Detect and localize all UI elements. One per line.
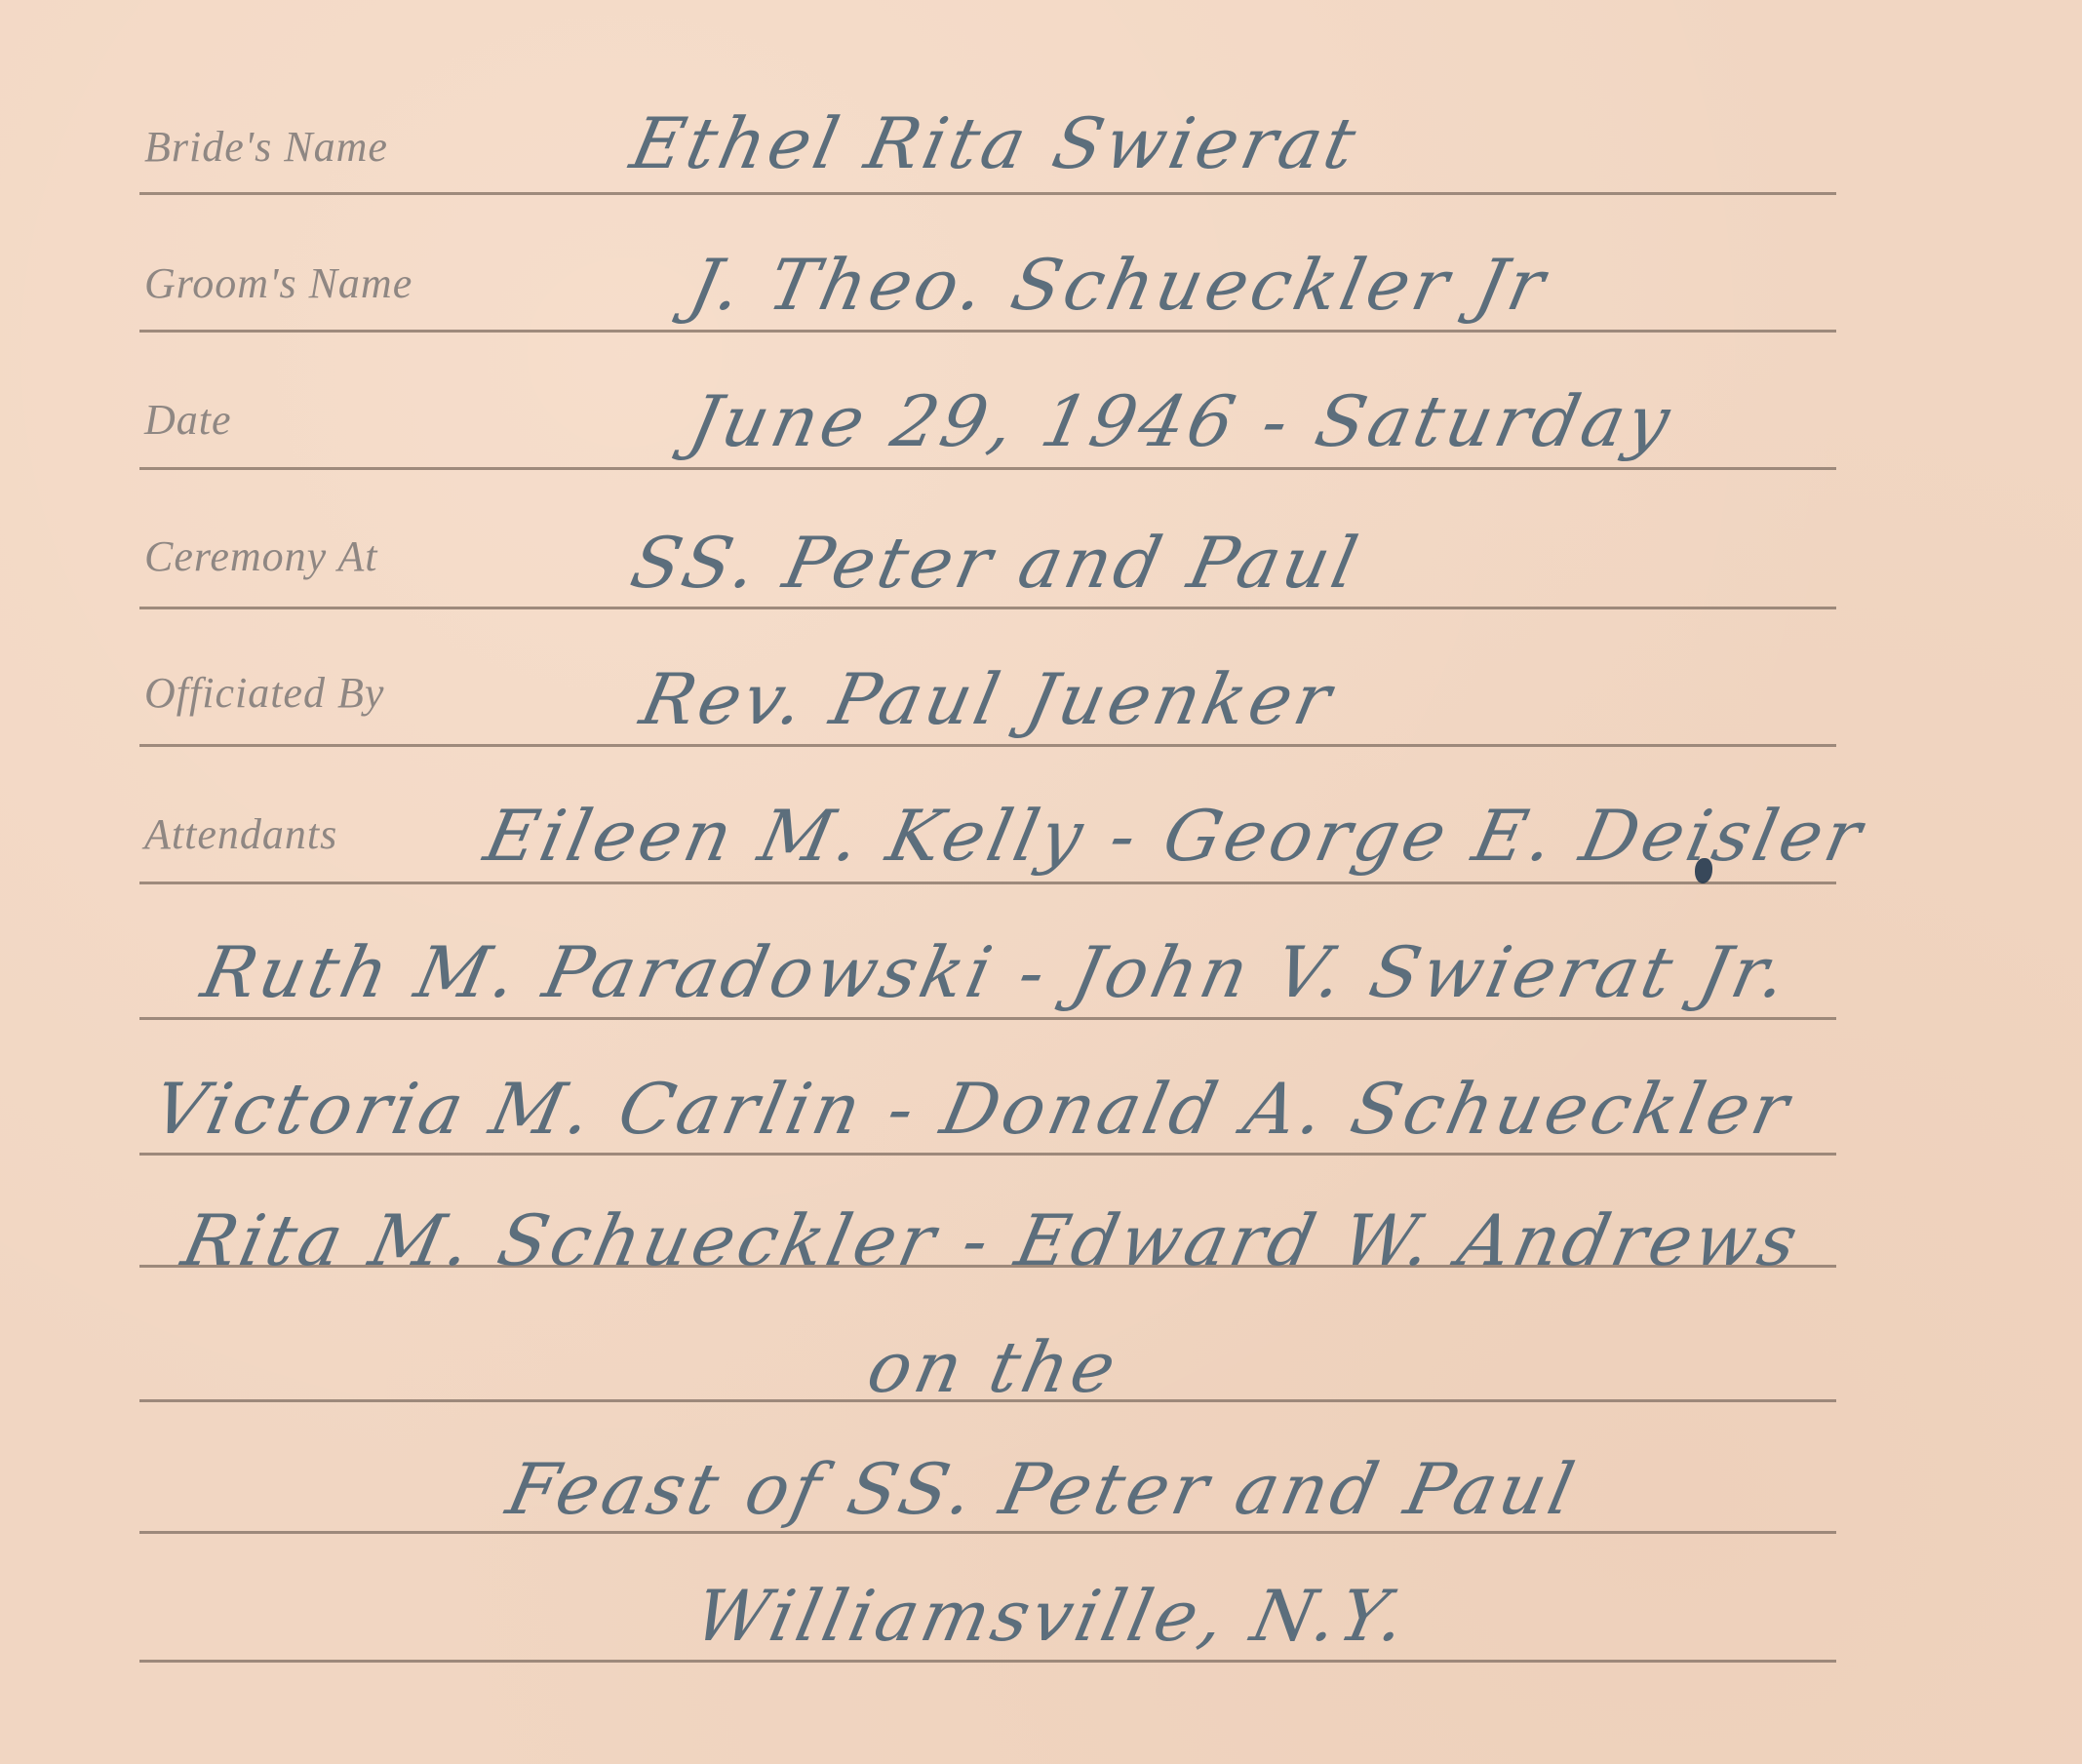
closing-on-the: on the (861, 1326, 1126, 1408)
value-date: June 29, 1946 - Saturday (683, 380, 1680, 462)
rule-line (139, 192, 1836, 195)
label-brides-name: Bride's Name (144, 122, 388, 172)
label-date: Date (144, 395, 232, 445)
value-grooms-name: J. Theo. Schueckler Jr (683, 244, 1555, 326)
value-officiated-by: Rev. Paul Juenker (634, 658, 1342, 740)
rule-line (139, 1017, 1836, 1020)
label-attendants: Attendants (144, 809, 337, 859)
label-ceremony-at: Ceremony At (144, 531, 378, 581)
value-brides-name: Ethel Rita Swierat (624, 102, 1366, 184)
value-attendants-line-3: Victoria M. Carlin - Donald A. Schueckle… (146, 1068, 1799, 1150)
closing-feast: Feast of SS. Peter and Paul (500, 1448, 1585, 1530)
label-officiated-by: Officiated By (144, 668, 384, 718)
closing-location: Williamsville, N.Y. (687, 1575, 1416, 1657)
value-attendants-line-4: Rita M. Schueckler - Edward W. Andrews (176, 1199, 1808, 1281)
value-ceremony-at: SS. Peter and Paul (624, 522, 1368, 604)
rule-line (139, 1531, 1836, 1534)
wedding-record-page: Bride's Name Groom's Name Date Ceremony … (0, 0, 2082, 1764)
rule-line (139, 1660, 1836, 1663)
rule-line (139, 607, 1836, 609)
rule-line (139, 882, 1836, 884)
label-grooms-name: Groom's Name (144, 258, 412, 308)
value-attendants-line-1: Eileen M. Kelly - George E. Deisler (478, 795, 1872, 877)
rule-line (139, 330, 1836, 333)
rule-line (139, 1153, 1836, 1156)
ink-blot (1695, 858, 1712, 883)
rule-line (139, 744, 1836, 747)
value-attendants-line-2: Ruth M. Paradowski - John V. Swierat Jr. (195, 931, 1797, 1013)
rule-line (139, 467, 1836, 470)
